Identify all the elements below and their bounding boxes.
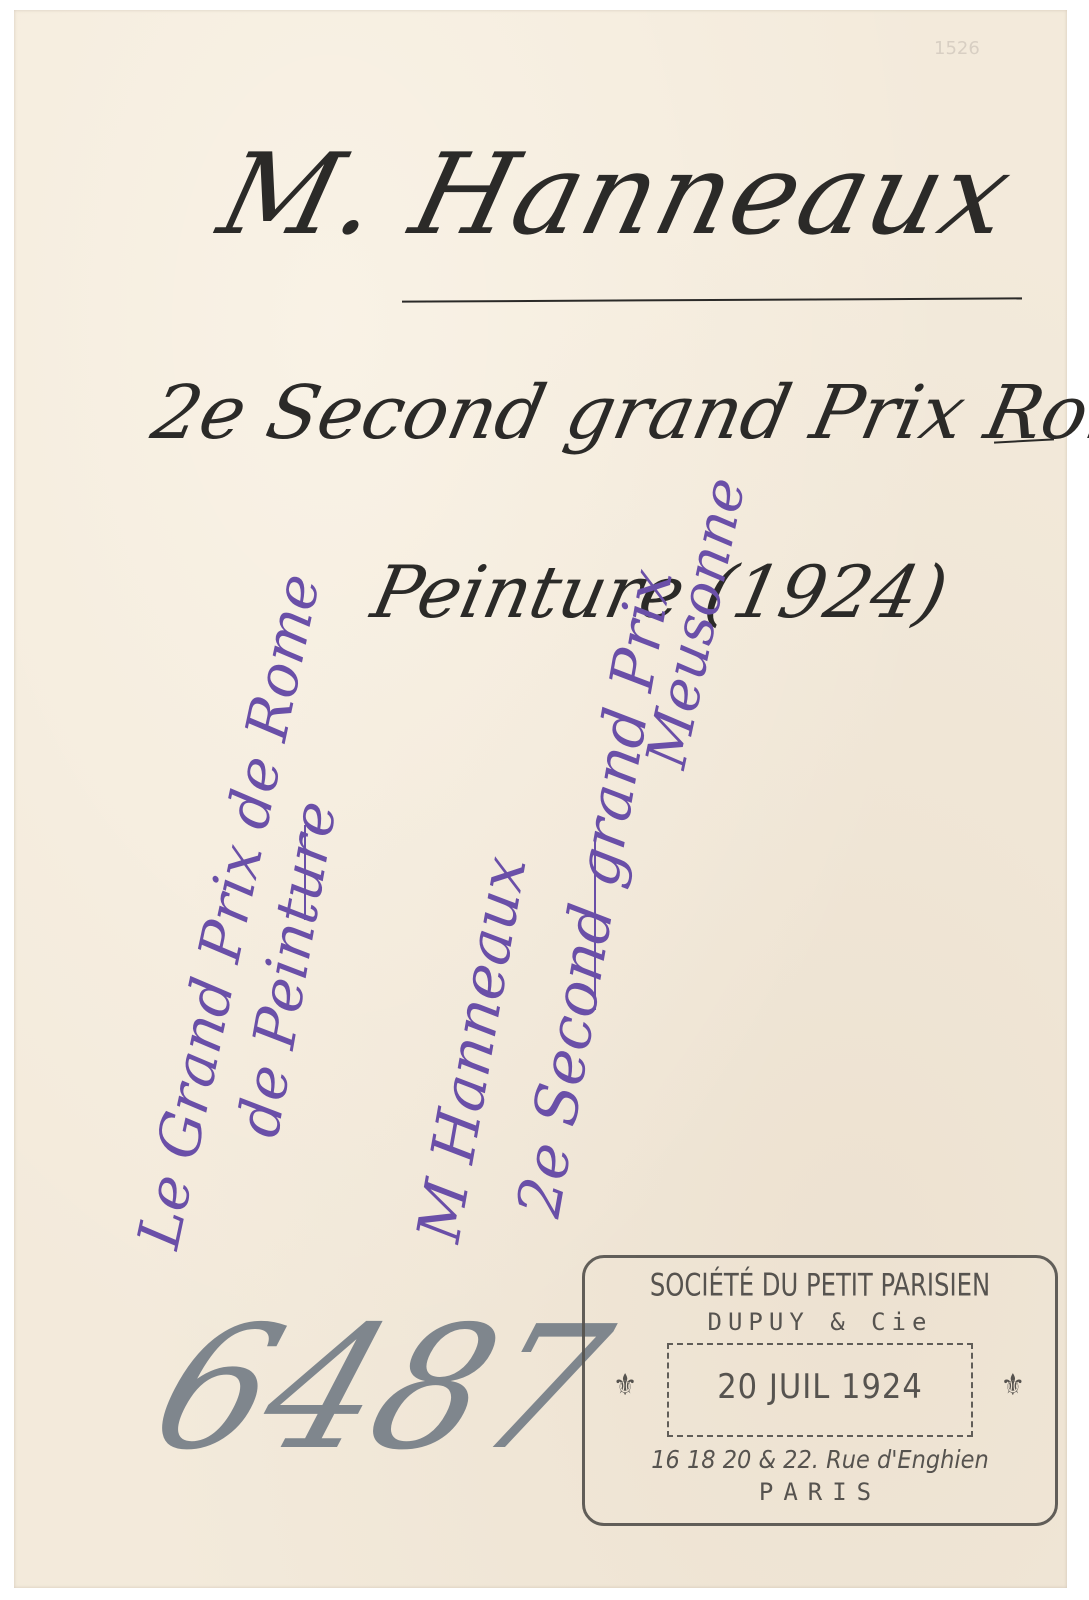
fleur-de-lis-icon: ⚜ — [613, 1368, 637, 1403]
handwritten-name: M. Hanneaux — [208, 130, 1025, 260]
stamp-date: 20 JUIL 1924 — [669, 1367, 971, 1407]
purple-dash-1 — [304, 825, 306, 920]
stamp-agency-name: SOCIÉTÉ DU PETIT PARISIEN — [585, 1268, 1055, 1304]
stamp-date-box: 20 JUIL 1924 — [667, 1343, 973, 1437]
stamp-city: PARIS — [585, 1478, 1055, 1506]
pencil-inventory-number: 6487 — [132, 1290, 629, 1488]
corner-archive-mark: 1526 — [934, 38, 980, 59]
purple-dash-2 — [594, 840, 596, 1010]
agency-stamp: SOCIÉTÉ DU PETIT PARISIEN DUPUY & Cie ⚜ … — [582, 1255, 1058, 1526]
stamp-address: 16 18 20 & 22. Rue d'Enghien — [585, 1445, 1055, 1474]
photo-verso-card: 1526 M. Hanneaux 2e Second grand Prix Ro… — [14, 10, 1067, 1588]
stamp-company: DUPUY & Cie — [585, 1308, 1055, 1336]
handwritten-prize: 2e Second grand Prix Rome — [145, 370, 1089, 456]
fleur-de-lis-icon: ⚜ — [1001, 1368, 1025, 1403]
name-underline — [402, 297, 1022, 302]
